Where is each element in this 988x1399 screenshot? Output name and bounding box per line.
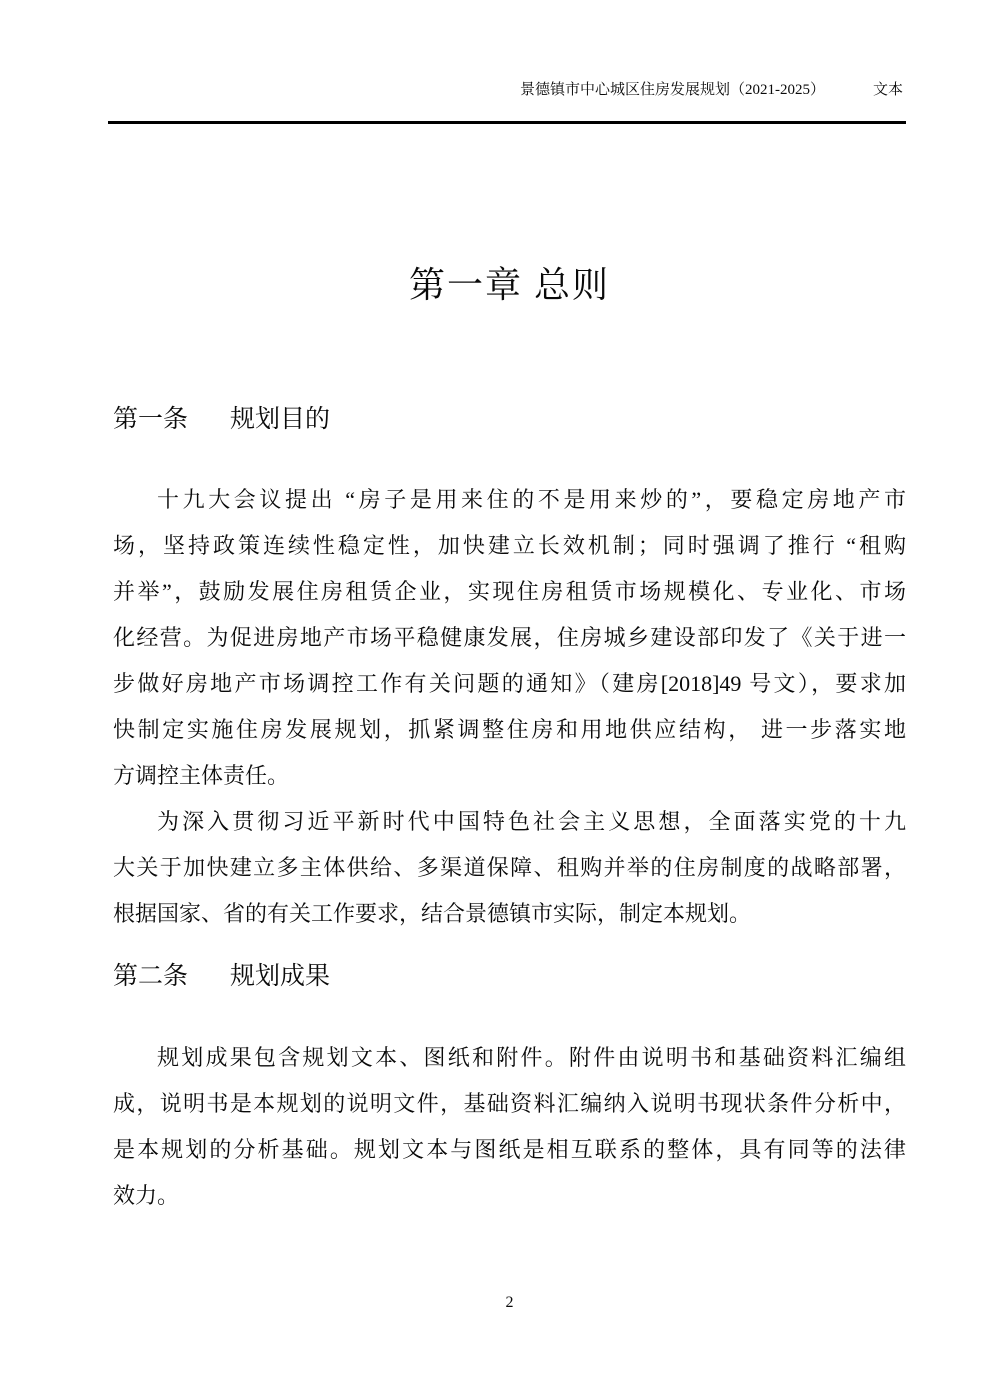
section-1-title: 规划目的 [230,406,330,433]
section-2-heading: 第二条规划成果 [113,960,906,994]
chapter-title: 第一章 总则 [113,263,906,307]
section-2-paragraph-1: 规划成果包含规划文本、图纸和附件。附件由说明书和基础资料汇编组 成，说明书是本规… [113,1035,906,1219]
text-line: 大关于加快建立多主体供给、多渠道保障、租购并举的住房制度的战略部署， [113,845,906,891]
section-2-title: 规划成果 [230,963,330,990]
header-running-title: 景德镇市中心城区住房发展规划（2021-2025） [520,80,825,100]
text-line: 并举”，鼓励发展住房租赁企业，实现住房租赁市场规模化、专业化、市场 [113,569,906,615]
document-page: 景德镇市中心城区住房发展规划（2021-2025） 文本 第一章 总则 第一条规… [0,0,988,1399]
page-footer: 2 [113,1293,906,1313]
text-line: 为深入贯彻习近平新时代中国特色社会主义思想，全面落实党的十九 [113,799,906,845]
section-1-paragraph-2: 为深入贯彻习近平新时代中国特色社会主义思想，全面落实党的十九 大关于加快建立多主… [113,799,906,937]
text-line: 根据国家、省的有关工作要求，结合景德镇市实际，制定本规划。 [113,891,906,937]
section-2-number: 第二条 [113,963,188,990]
page-number: 2 [506,1294,514,1311]
header-doc-type-label: 文本 [873,80,903,100]
text-line: 效力。 [113,1173,906,1219]
text-line: 十九大会议提出 “房子是用来住的不是用来炒的”，要稳定房地产市 [113,477,906,523]
text-line: 是本规划的分析基础。规划文本与图纸是相互联系的整体，具有同等的法律 [113,1127,906,1173]
section-1-number: 第一条 [113,406,188,433]
text-line: 化经营。为促进房地产市场平稳健康发展，住房城乡建设部印发了《关于进一 [113,615,906,661]
section-1-heading: 第一条规划目的 [113,403,906,437]
text-line: 步做好房地产市场调控工作有关问题的通知》（建房[2018]49 号文），要求加 [113,661,906,707]
text-line: 方调控主体责任。 [113,753,906,799]
text-line: 快制定实施住房发展规划，抓紧调整住房和用地供应结构， 进一步落实地 [113,707,906,753]
section-1-paragraph-1: 十九大会议提出 “房子是用来住的不是用来炒的”，要稳定房地产市 场，坚持政策连续… [113,477,906,799]
text-line: 成，说明书是本规划的说明文件，基础资料汇编纳入说明书现状条件分析中， [113,1081,906,1127]
page-header: 景德镇市中心城区住房发展规划（2021-2025） 文本 [108,80,903,100]
header-rule [108,121,906,124]
text-line: 场，坚持政策连续性稳定性，加快建立长效机制；同时强调了推行 “租购 [113,523,906,569]
text-line: 规划成果包含规划文本、图纸和附件。附件由说明书和基础资料汇编组 [113,1035,906,1081]
